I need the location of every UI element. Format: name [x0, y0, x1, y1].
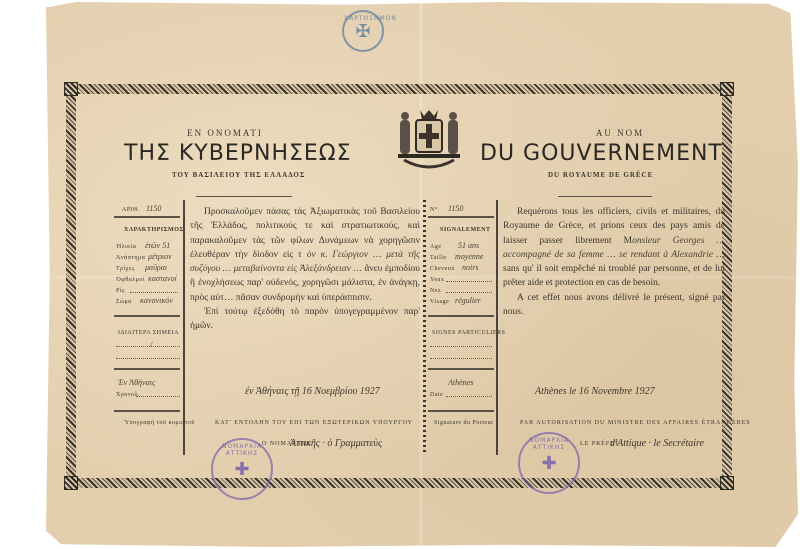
place-value: Athènes — [448, 378, 473, 387]
perforation-line — [423, 200, 426, 455]
field-label-face: Visage — [430, 299, 449, 305]
field-value-height: moyenne — [455, 252, 483, 261]
french-header-title: DU GOUVERNEMENT — [480, 141, 723, 166]
divider — [428, 410, 494, 412]
french-body-text: Requérons tous les officiers, civils et … — [503, 205, 725, 319]
blank-line — [446, 292, 492, 293]
field-label-age: Ἡλικία — [116, 244, 136, 250]
divider — [428, 315, 494, 317]
prefecture-stamp: ΝΟΜΑΡΧΙΑ ΑΤΤΙΚΗΣ ✚ — [518, 432, 580, 494]
blank-line — [136, 396, 180, 397]
greek-authority-line: ΚΑΤ' ΕΝΤΟΛΗΝ ΤΟΥ ΕΠΙ ΤΩΝ ΕΞΩΤΕΡΙΚΩΝ ΥΠΟΥ… — [215, 420, 413, 426]
border-corner — [64, 476, 78, 490]
date-label: Date — [430, 392, 443, 398]
prefecture-stamp: ΝΟΜΑΡΧΙΑ ΑΤΤΙΚΗΣ ✚ — [211, 438, 273, 500]
blank-line — [446, 396, 492, 397]
field-value-body: κανονικόν — [140, 296, 173, 305]
blank-line — [446, 281, 492, 282]
royal-coat-of-arms-icon — [396, 106, 462, 174]
field-label-height: Taille — [430, 255, 447, 261]
bearer-signature-label: Signature du Porteur — [434, 420, 494, 426]
signalement-title: SIGNALEMENT — [440, 227, 491, 233]
field-value-age: 51 ans — [458, 241, 479, 250]
number-label: N° — [430, 207, 438, 213]
field-value-eyes: καστανοί — [148, 274, 177, 283]
date-label: Χρονολ. — [116, 392, 140, 398]
field-label-eyes: Ὀφθαλμοί — [116, 277, 145, 283]
greek-signature: Ἀττικῆς · ὁ Γραμματεὺς — [290, 438, 382, 449]
special-marks-title: SIGNES PARTICULIERS — [432, 330, 505, 336]
border-corner — [64, 82, 78, 96]
field-label-height: Ἀνάστημα — [116, 255, 145, 261]
divider — [428, 368, 494, 370]
border-corner — [720, 82, 734, 96]
field-label-body: Σώμα — [116, 299, 132, 305]
description-title: ΧΑΡΑΚΤΗΡΙΣΜΟΣ — [124, 227, 184, 233]
divider — [196, 196, 292, 197]
field-label-nose: Nez — [430, 288, 441, 294]
number-value: 1150 — [146, 204, 161, 213]
special-marks-title: ΙΔΙΑΙΤΕΡΑ ΣΗΜΕΙΑ — [118, 330, 179, 336]
field-label-age: Age — [430, 244, 442, 250]
french-authority-line: PAR AUTORISATION DU MINISTRE DES AFFAIRE… — [520, 420, 751, 426]
divider — [114, 315, 180, 317]
french-date-line: Athènes le 16 Novembre 1927 — [535, 386, 655, 397]
blank-line — [116, 358, 180, 359]
french-signature: d'Attique · le Secrétaire — [610, 438, 704, 449]
greek-date-line: ἐν Ἀθήναις τῇ 16 Νοεμβρίου 1927 — [245, 386, 380, 397]
column-divider — [496, 200, 498, 455]
field-value-face: régulier — [455, 296, 481, 305]
field-value-hair: noirs — [462, 263, 478, 272]
field-value-age: ἐτῶν 51 — [145, 241, 170, 250]
coat-of-arms-icon: ✠ — [355, 21, 370, 42]
cross-shield-icon: ✚ — [234, 459, 249, 480]
column-divider — [183, 200, 185, 455]
field-label-hair: Τρίχες — [116, 266, 135, 272]
french-header-subtitle: DU ROYAUME DE GRÈCE — [548, 171, 653, 179]
cross-shield-icon: ✚ — [541, 453, 556, 474]
special-marks-value: / — [150, 340, 152, 349]
greek-body-text: Προσκαλοῦμεν πάσας τὰς Ἀξιωματικὰς τοῦ Β… — [190, 205, 420, 334]
divider — [558, 196, 652, 197]
divider — [114, 216, 180, 218]
divider — [114, 368, 180, 370]
field-value-hair: μαῦραι — [145, 263, 167, 272]
greek-header-title: ΤΗΣ ΚΥΒΕΡΝΗΣΕΩΣ — [124, 141, 352, 166]
field-label-nose: Ρίς — [116, 288, 125, 294]
greek-header-subtitle: ΤΟΥ ΒΑΣΙΛΕΙΟΥ ΤΗΣ ΕΛΛΑΔΟΣ — [172, 171, 305, 179]
border-corner — [720, 476, 734, 490]
divider — [428, 216, 494, 218]
revenue-stamp: ΧΑΡΤΟΣΗΜΟΝ ✠ — [342, 10, 384, 52]
french-header-line1: AU NOM — [590, 128, 650, 138]
blank-line — [130, 292, 178, 293]
field-label-eyes: Yeux — [430, 277, 444, 283]
divider — [114, 410, 180, 412]
number-label: ΑΡΙΘ. — [122, 207, 140, 213]
greek-header-line1: ΕΝ ΟΝΟΜΑΤΙ — [185, 128, 265, 138]
blank-line — [430, 358, 492, 359]
field-label-hair: Cheveux — [430, 266, 455, 272]
field-value-height: μέτριον — [148, 252, 172, 261]
blank-line — [116, 346, 180, 347]
place-value: Ἐν Ἀθήναις — [118, 378, 155, 387]
number-value: 1150 — [448, 204, 463, 213]
blank-line — [430, 346, 492, 347]
bearer-signature-label: Ὑπογραφὴ τοῦ κομιστοῦ — [124, 420, 195, 426]
